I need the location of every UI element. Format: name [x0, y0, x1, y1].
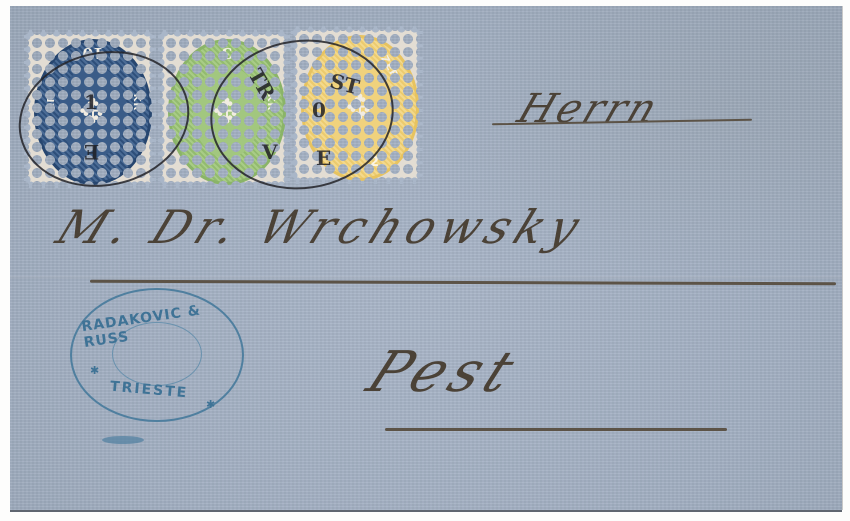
fold-crease [10, 276, 842, 279]
addressee-name: M. Dr. Wrchowsky [49, 200, 593, 254]
star-icon: ✱ [90, 364, 99, 377]
salutation: Herrn [512, 86, 666, 132]
star-icon: ✱ [206, 398, 215, 411]
postmark-text: E [84, 140, 99, 164]
postmark-text: 1 [84, 90, 98, 114]
postmark-text: 0 [312, 98, 326, 122]
merchant-handstamp: RADAKOVIC & RUSS ✱ ✱ TRIESTE [70, 288, 244, 422]
ink-smudge [102, 436, 144, 444]
destination-city: Pest [358, 340, 530, 405]
postmark-text: E [316, 146, 331, 170]
postmark-text: V [262, 140, 278, 164]
destination-underline [385, 428, 727, 431]
